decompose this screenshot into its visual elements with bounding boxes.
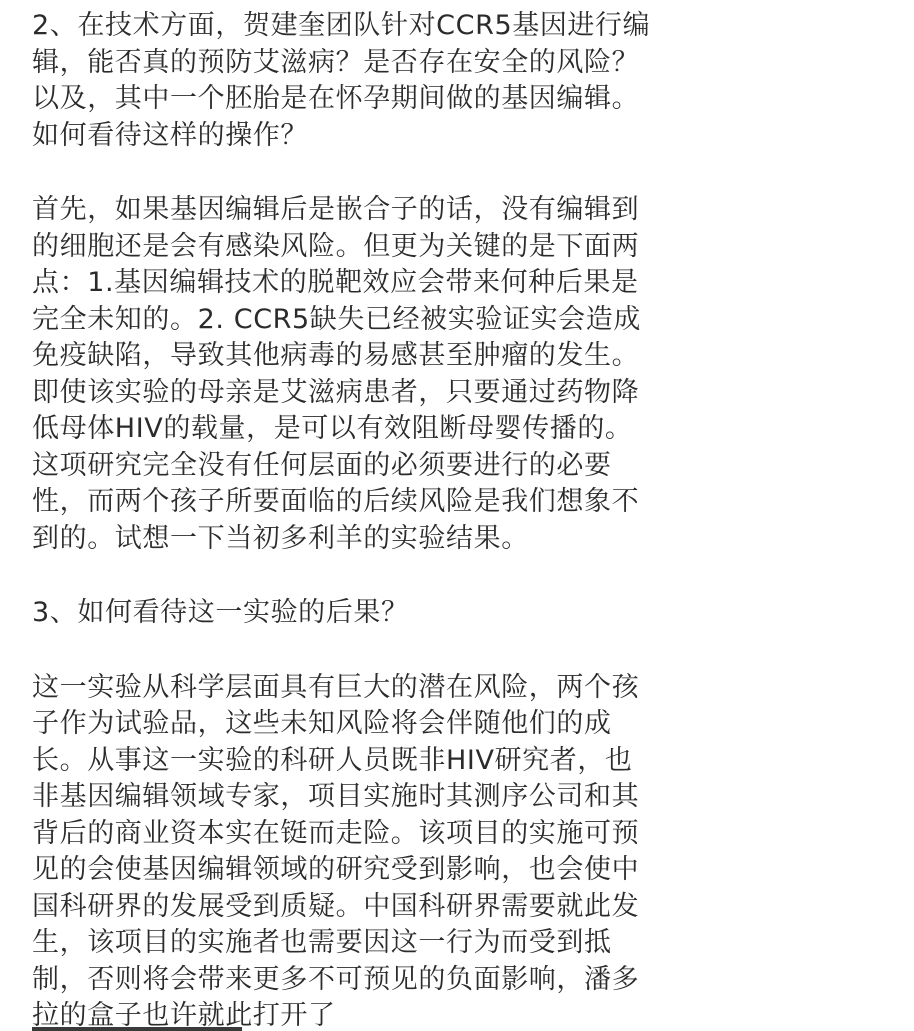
text-line: 性，而两个孩子所要面临的后续风险是我们想象不 bbox=[32, 484, 882, 521]
text-line: 低母体HIV的载量，是可以有效阻断母婴传播的。 bbox=[32, 411, 882, 448]
text-line: 到的。试想一下当初多利羊的实验结果。 bbox=[32, 521, 882, 558]
text-line: 长。从事这一实验的科研人员既非HIV研究者，也 bbox=[32, 743, 882, 780]
answer-2: 首先，如果基因编辑后是嵌合子的话，没有编辑到 的细胞还是会有感染风险。但更为关键… bbox=[32, 192, 882, 557]
text-line: 即使该实验的母亲是艾滋病患者，只要通过药物降 bbox=[32, 375, 882, 412]
text-line: 3、如何看待这一实验的后果？ bbox=[32, 595, 882, 632]
text-line: 如何看待这样的操作？ bbox=[32, 118, 882, 155]
bottom-edge-bar bbox=[32, 1027, 242, 1031]
text-line: 生，该项目的实施者也需要因这一行为而受到抵 bbox=[32, 925, 882, 962]
text-line: 见的会使基因编辑领域的研究受到影响，也会使中 bbox=[32, 852, 882, 889]
text-line: 制，否则将会带来更多不可预见的负面影响，潘多 bbox=[32, 962, 882, 999]
paragraph-spacer bbox=[32, 557, 882, 595]
answer-3: 这一实验从科学层面具有巨大的潜在风险，两个孩 子作为试验品，这些未知风险将会伴随… bbox=[32, 670, 882, 1031]
text-line: 的细胞还是会有感染风险。但更为关键的是下面两 bbox=[32, 229, 882, 266]
paragraph-spacer bbox=[32, 632, 882, 670]
article-body: 2、在技术方面，贺建奎团队针对CCR5基因进行编 辑，能否真的预防艾滋病？是否存… bbox=[32, 8, 882, 1031]
text-line: 免疫缺陷，导致其他病毒的易感甚至肿瘤的发生。 bbox=[32, 338, 882, 375]
text-line: 这项研究完全没有任何层面的必须要进行的必要 bbox=[32, 448, 882, 485]
text-line: 完全未知的。2. CCR5缺失已经被实验证实会造成 bbox=[32, 302, 882, 339]
text-line: 子作为试验品，这些未知风险将会伴随他们的成 bbox=[32, 706, 882, 743]
question-2: 2、在技术方面，贺建奎团队针对CCR5基因进行编 辑，能否真的预防艾滋病？是否存… bbox=[32, 8, 882, 154]
text-line: 非基因编辑领域专家，项目实施时其测序公司和其 bbox=[32, 779, 882, 816]
paragraph-spacer bbox=[32, 154, 882, 192]
text-line: 首先，如果基因编辑后是嵌合子的话，没有编辑到 bbox=[32, 192, 882, 229]
text-line: 点：1.基因编辑技术的脱靶效应会带来何种后果是 bbox=[32, 265, 882, 302]
question-3: 3、如何看待这一实验的后果？ bbox=[32, 595, 882, 632]
text-line: 这一实验从科学层面具有巨大的潜在风险，两个孩 bbox=[32, 670, 882, 707]
text-line: 背后的商业资本实在铤而走险。该项目的实施可预 bbox=[32, 816, 882, 853]
text-line: 辑，能否真的预防艾滋病？是否存在安全的风险？ bbox=[32, 45, 882, 82]
text-line: 国科研界的发展受到质疑。中国科研界需要就此发 bbox=[32, 889, 882, 926]
text-line: 以及，其中一个胚胎是在怀孕期间做的基因编辑。 bbox=[32, 81, 882, 118]
text-line: 2、在技术方面，贺建奎团队针对CCR5基因进行编 bbox=[32, 8, 882, 45]
